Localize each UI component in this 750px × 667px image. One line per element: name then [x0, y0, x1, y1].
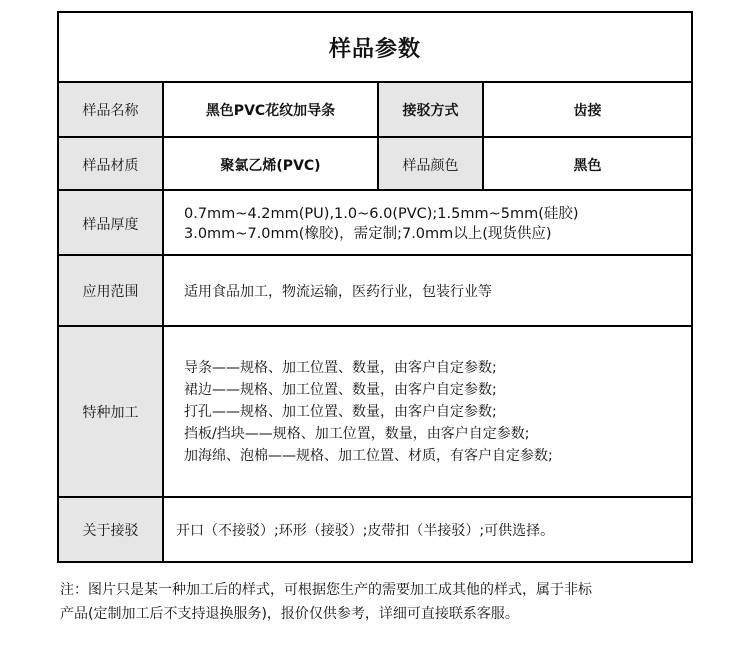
processing-line: 裙边——规格、加工位置、数量，由客户自定参数; [184, 379, 497, 401]
row-about-splicing: 关于接驳 开口（不接驳）;环形（接驳）;皮带扣（半接驳）;可供选择。 [59, 496, 691, 561]
processing-line: 导条——规格、加工位置、数量，由客户自定参数; [184, 357, 497, 379]
value-special-processing: 导条——规格、加工位置、数量，由客户自定参数; 裙边——规格、加工位置、数量，由… [162, 327, 691, 496]
footnote-line: 产品(定制加工后不支持退换服务)，报价仅供参考，详细可直接联系客服。 [60, 602, 700, 626]
value-sample-color: 黑色 [482, 138, 691, 191]
label-sample-name: 样品名称 [59, 83, 162, 136]
thickness-line: 3.0mm~7.0mm(橡胶)，需定制;7.0mm以上(现货供应) [184, 224, 552, 244]
row-sample-name: 样品名称 黑色PVC花纹加导条 接驳方式 齿接 [59, 81, 691, 136]
value-sample-thickness: 0.7mm~4.2mm(PU),1.0~6.0(PVC);1.5mm~5mm(硅… [162, 191, 691, 256]
label-sample-material: 样品材质 [59, 138, 162, 191]
label-sample-thickness: 样品厚度 [59, 191, 162, 256]
label-special-processing: 特种加工 [59, 327, 162, 496]
row-special-processing: 特种加工 导条——规格、加工位置、数量，由客户自定参数; 裙边——规格、加工位置… [59, 325, 691, 496]
thickness-line: 0.7mm~4.2mm(PU),1.0~6.0(PVC);1.5mm~5mm(硅… [184, 204, 579, 224]
value-sample-name: 黑色PVC花纹加导条 [162, 83, 377, 136]
value-application-scope: 适用食品加工，物流运输，医药行业，包装行业等 [162, 256, 691, 325]
row-application-scope: 应用范围 适用食品加工，物流运输，医药行业，包装行业等 [59, 254, 691, 325]
processing-line: 打孔——规格、加工位置、数量，由客户自定参数; [184, 401, 497, 423]
value-splice-method: 齿接 [482, 83, 691, 136]
processing-line: 加海绵、泡棉——规格、加工位置、材质，有客户自定参数; [184, 445, 553, 467]
label-about-splicing: 关于接驳 [59, 498, 162, 561]
label-sample-color: 样品颜色 [377, 138, 482, 191]
label-splice-method: 接驳方式 [377, 83, 482, 136]
footnote-line: 注：图片只是某一种加工后的样式，可根据您生产的需要加工成其他的样式，属于非标 [60, 578, 700, 602]
row-sample-thickness: 样品厚度 0.7mm~4.2mm(PU),1.0~6.0(PVC);1.5mm~… [59, 189, 691, 256]
row-sample-material: 样品材质 聚氯乙烯(PVC) 样品颜色 黑色 [59, 136, 691, 191]
sample-parameters-table: 样品参数 样品名称 黑色PVC花纹加导条 接驳方式 齿接 样品材质 聚氯乙烯(P… [57, 11, 693, 563]
footnote: 注：图片只是某一种加工后的样式，可根据您生产的需要加工成其他的样式，属于非标 产… [60, 578, 700, 626]
value-sample-material: 聚氯乙烯(PVC) [162, 138, 377, 191]
value-about-splicing: 开口（不接驳）;环形（接驳）;皮带扣（半接驳）;可供选择。 [162, 498, 691, 561]
table-title: 样品参数 [59, 13, 691, 81]
processing-line: 挡板/挡块——规格、加工位置，数量，由客户自定参数; [184, 423, 529, 445]
label-application-scope: 应用范围 [59, 256, 162, 325]
